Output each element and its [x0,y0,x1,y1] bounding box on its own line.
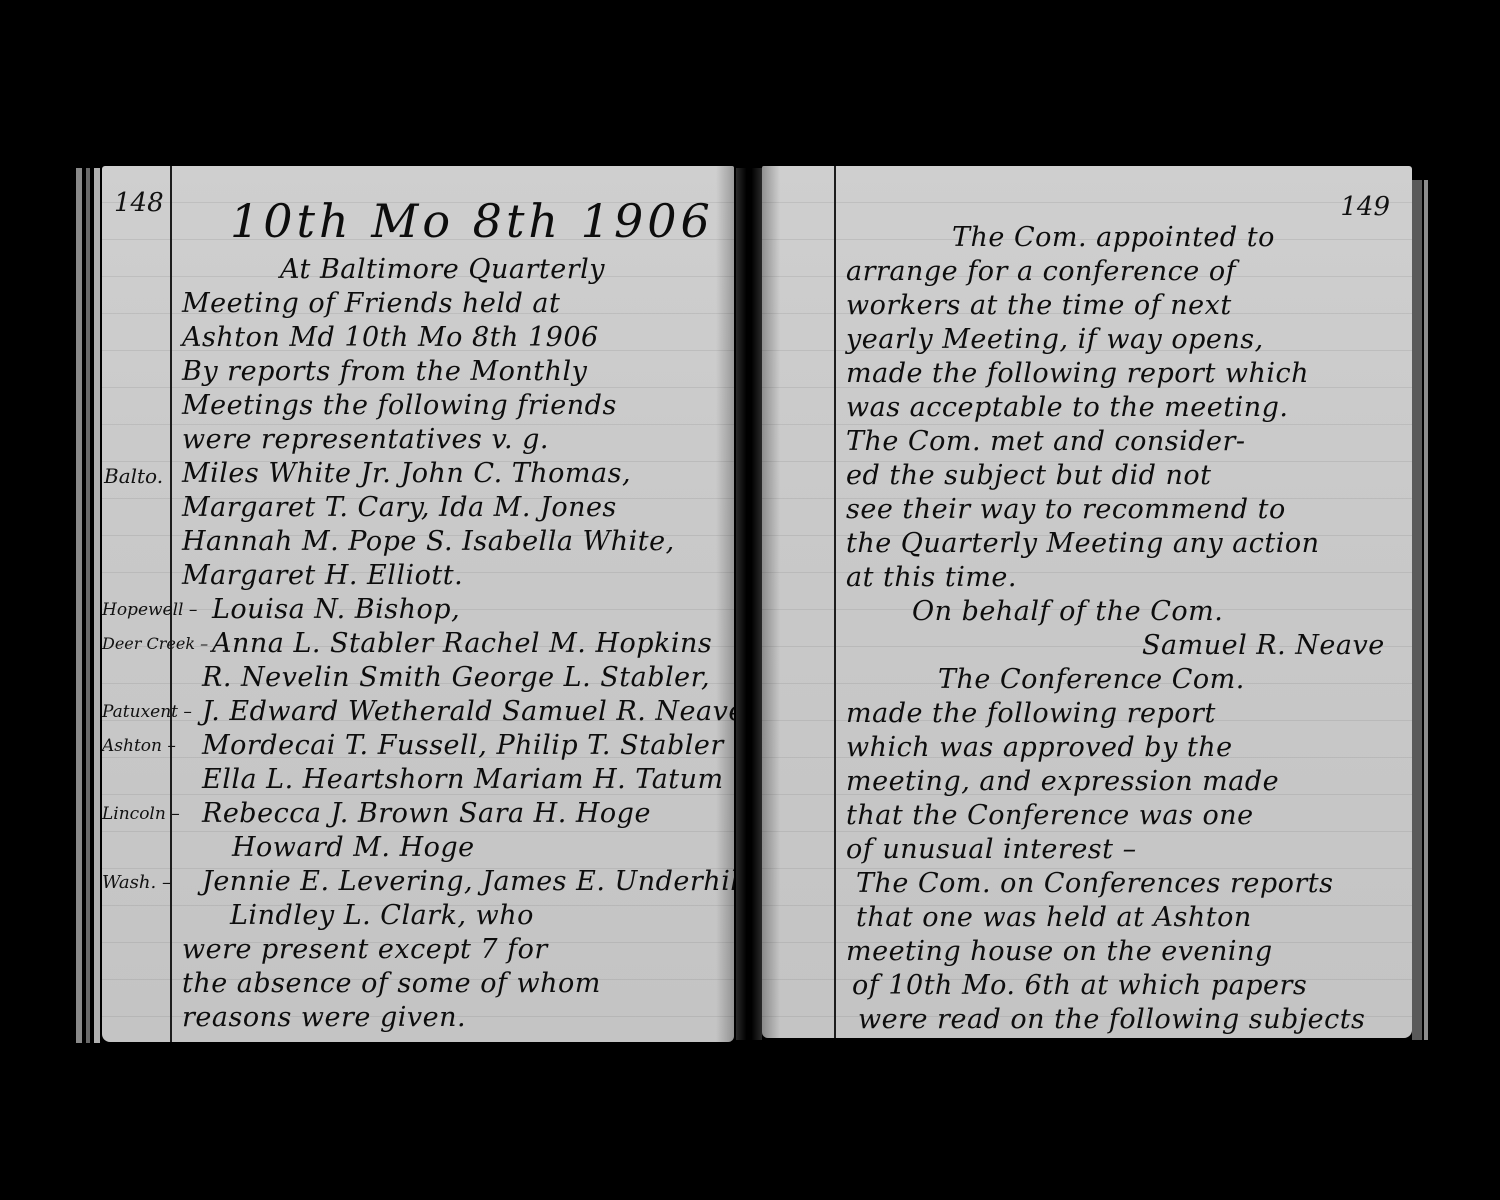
text-line: Ella L. Heartshorn Mariam H. Tatum [202,764,724,795]
text-line: Jennie E. Levering, James E. Underhill [202,866,734,897]
text-line: Margaret T. Cary, Ida M. Jones [182,492,617,523]
text-line: at this time. [846,562,1017,593]
text-line: R. Nevelin Smith George L. Stabler, [202,662,710,693]
page-edge [94,168,100,1043]
text-line: meeting, and expression made [846,766,1279,797]
text-line: Lindley L. Clark, who [230,900,534,931]
text-line: the absence of some of whom [182,968,601,999]
text-line: made the following report [846,698,1216,729]
text-line: workers at the time of next [846,290,1232,321]
text-line: J. Edward Wetherald Samuel R. Neave [202,696,734,727]
text-line: Anna L. Stabler Rachel M. Hopkins [212,628,712,659]
text-line: The Com. appointed to [952,222,1275,253]
page-edge [76,168,82,1043]
margin-rule [834,166,836,1038]
text-line: On behalf of the Com. [912,596,1223,627]
text-line: arrange for a conference of [846,256,1236,287]
text-line: which was approved by the [846,732,1233,763]
text-line: of 10th Mo. 6th at which papers [852,970,1307,1001]
text-line: The Com. met and consider- [846,426,1246,457]
text-line: Meeting of Friends held at [182,288,560,319]
page-edge [1412,180,1422,1040]
text-line: Rebecca J. Brown Sara H. Hoge [202,798,651,829]
text-line: Mordecai T. Fussell, Philip T. Stabler [202,730,724,761]
gutter-shadow [762,166,780,1038]
text-line: Margaret H. Elliott. [182,560,463,591]
text-line: were representatives v. g. [182,424,549,455]
left-page: 148 10th Mo 8th 1906 At Baltimore Quarte… [102,166,734,1042]
page-edge [86,168,90,1043]
text-line: Meetings the following friends [182,390,617,421]
text-line: reasons were given. [182,1002,466,1033]
text-line: that one was held at Ashton [856,902,1252,933]
text-line: was acceptable to the meeting. [846,392,1288,423]
margin-label-hopewell: Hopewell – [102,600,197,620]
signature: Samuel R. Neave [1142,630,1385,661]
text-line: Hannah M. Pope S. Isabella White, [182,526,675,557]
text-line: At Baltimore Quarterly [280,254,605,285]
open-ledger-book: 148 10th Mo 8th 1906 At Baltimore Quarte… [0,0,1500,1200]
page-edge [1424,180,1428,1040]
text-line: Ashton Md 10th Mo 8th 1906 [182,322,599,353]
right-page: 149 The Com. appointed to arrange for a … [762,166,1412,1038]
margin-label-lincoln: Lincoln – [102,804,180,824]
text-line: of unusual interest – [846,834,1137,865]
margin-label-wash: Wash. – [102,872,171,893]
text-line: see their way to recommend to [846,494,1286,525]
text-line: were read on the following subjects [858,1004,1365,1035]
gutter-shadow [716,166,734,1042]
text-line: yearly Meeting, if way opens, [846,324,1264,355]
text-line: Howard M. Hoge [232,832,475,863]
text-line: The Conference Com. [938,664,1245,695]
margin-label-deer-creek: Deer Creek – [102,634,208,653]
margin-label-balto: Balto. [104,464,163,488]
text-line: Miles White Jr. John C. Thomas, [182,458,631,489]
text-line: that the Conference was one [846,800,1254,831]
text-line: made the following report which [846,358,1309,389]
text-line: By reports from the Monthly [182,356,587,387]
text-line: The Com. on Conferences reports [856,868,1334,899]
margin-label-ashton: Ashton – [102,736,176,756]
text-line: meeting house on the evening [846,936,1273,967]
text-line: Louisa N. Bishop, [212,594,460,625]
text-line: were present except 7 for [182,934,548,965]
text-line: the Quarterly Meeting any action [846,528,1320,559]
page-number: 149 [1340,192,1390,222]
page-number: 148 [114,188,164,218]
margin-label-patuxent: Patuxent – [102,702,192,722]
date-heading: 10th Mo 8th 1906 [230,194,714,248]
book-spine [736,168,762,1040]
text-line: ed the subject but did not [846,460,1211,491]
